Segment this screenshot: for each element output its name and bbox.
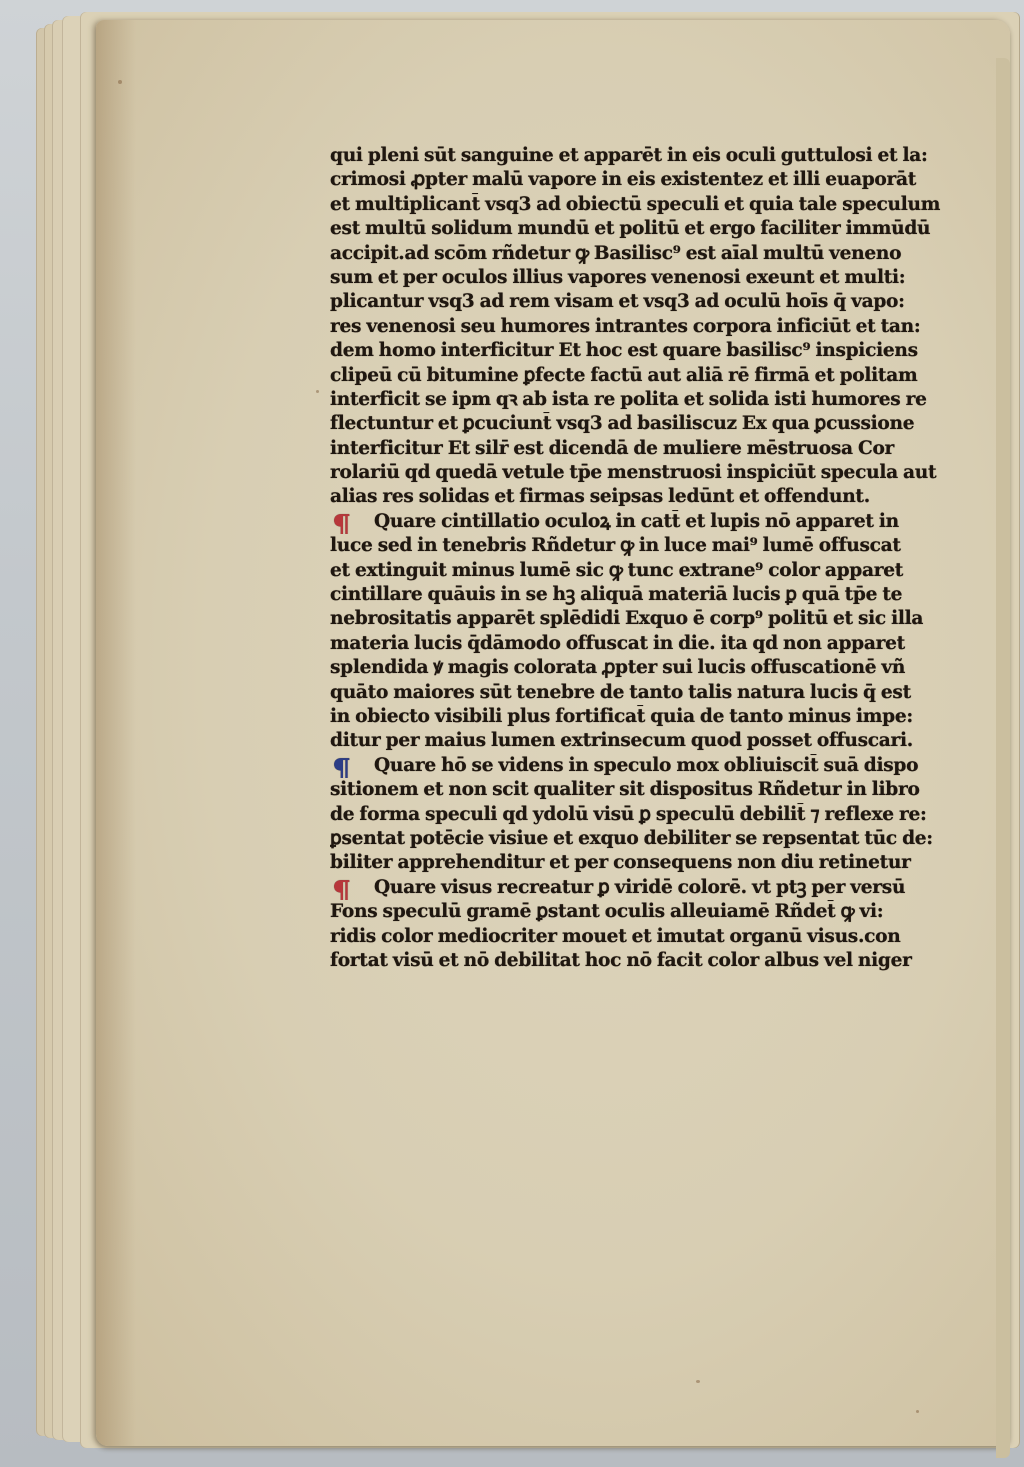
text-line: Quare visus recreatur ꝑ viridē colorē. v… [374,877,905,898]
text-line: splendida ꝟ magis colorata ꝓpter sui luc… [330,656,994,680]
text-line: sum et per oculos illius vapores venenos… [330,266,994,290]
text-line: clipeū cū bitumine ꝑfecte factū aut aliā… [330,364,994,388]
text-line: crimosi ꝓpter malū vapore in eis existen… [330,168,994,192]
paragraph-4: ¶ Quare visus recreatur ꝑ viridē colorē.… [330,876,994,974]
text-line: rolariū qd quedā vetule tp̄e menstruosi … [330,461,994,485]
paragraph-1: qui pleni sūt sanguine et apparēt in eis… [330,144,994,510]
text-line: qui pleni sūt sanguine et apparēt in eis… [330,144,994,168]
paragraph-3: ¶ Quare hō se videns in speculo mox obli… [330,754,994,876]
foxing-spot [916,1410,919,1413]
rubricated-initial-red-icon: ¶ [332,512,354,534]
text-line: ridis color mediocriter mouet et imutat … [330,925,994,949]
text-line: materia lucis q̄dāmodo offuscat in die. … [330,632,994,656]
text-line: biliter apprehenditur et per consequens … [330,851,994,875]
text-line: interficitur Et silr̄ est dicendā de mul… [330,437,994,461]
text-line: accipit.ad scōm rñdetur ꝙ Basilisc⁹ est … [330,242,994,266]
rubricated-initial-red-icon: ¶ [332,878,354,900]
text-line: in obiecto visibili plus fortificat̄ qui… [330,705,994,729]
text-line-with-initial: ¶ Quare visus recreatur ꝑ viridē colorē.… [330,876,994,900]
text-line: de forma speculi qd ydolū visū ꝑ speculū… [330,803,994,827]
text-line: sitionem et non scit qualiter sit dispos… [330,778,994,802]
text-line: quāto maiores sūt tenebre de tanto talis… [330,681,994,705]
text-line: flectuntur et ꝑcuciunt̄ vsq3 ad basilisc… [330,412,994,436]
text-line: nebrositatis apparēt splēdidi Exquo ē co… [330,607,994,631]
paragraph-2: ¶ Quare cintillatio oculoꝝ in catt̄ et l… [330,510,994,754]
next-leaf-edge [996,58,1010,1458]
rubricated-initial-blue-icon: ¶ [332,756,354,778]
text-line: est multū solidum mundū et politū et erg… [330,217,994,241]
foxing-spot [696,1380,700,1383]
text-line: Fons speculū gramē ꝑstant oculis alleuia… [330,900,994,924]
text-line: et multiplicant̄ vsq3 ad obiectū speculi… [330,193,994,217]
text-line: interficit se ipm qꝛ ab ista re polita e… [330,388,994,412]
text-column: qui pleni sūt sanguine et apparēt in eis… [330,144,994,973]
text-line-with-initial: ¶ Quare hō se videns in speculo mox obli… [330,754,994,778]
foxing-spot [118,80,122,84]
text-line: cintillare quāuis in se hꝫ aliquā materi… [330,583,994,607]
foxing-spot [316,390,319,393]
text-line: Quare cintillatio oculoꝝ in catt̄ et lup… [374,511,899,532]
text-line: fortat visū et nō debilitat hoc nō facit… [330,949,994,973]
text-line: alias res solidas et firmas seipsas ledū… [330,485,994,509]
text-line-with-initial: ¶ Quare cintillatio oculoꝝ in catt̄ et l… [330,510,994,534]
text-line: et extinguit minus lumē sic ꝙ tunc extra… [330,559,994,583]
text-line: ꝑsentat potēcie visiue et exquo debilite… [330,827,994,851]
text-line: dem homo interficitur Et hoc est quare b… [330,339,994,363]
text-line: ditur per maius lumen extrinsecum quod p… [330,729,994,753]
text-line: Quare hō se videns in speculo mox obliui… [374,755,918,776]
text-line: plicantur vsq3 ad rem visam et vsq3 ad o… [330,290,994,314]
text-line: luce sed in tenebris Rñdetur ꝙ in luce m… [330,534,994,558]
text-line: res venenosi seu humores intrantes corpo… [330,315,994,339]
